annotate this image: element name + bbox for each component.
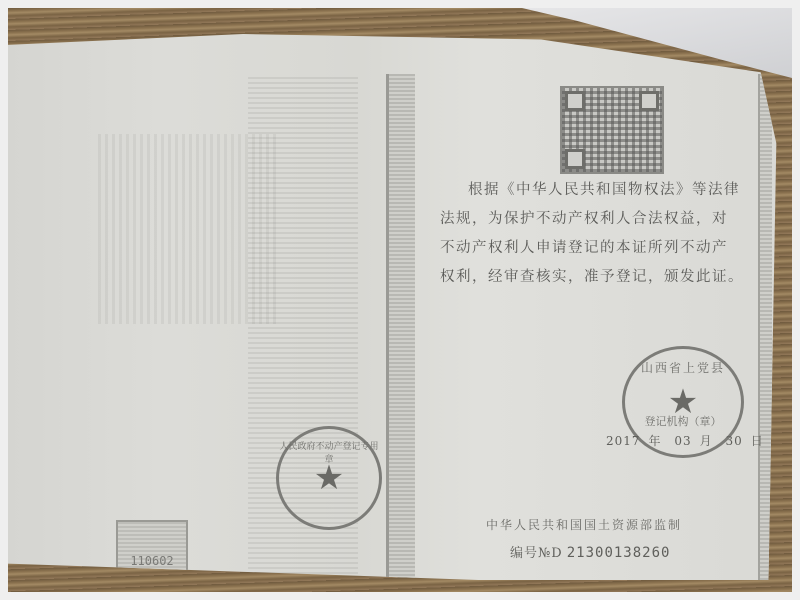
qr-finder-icon [639, 91, 659, 111]
certificate-statement: 根据《中华人民共和国物权法》等法律 法规，为保护不动产权利人合法权益，对 不动产… [440, 176, 780, 292]
supervisor-line: 中华人民共和国国土资源部监制 [486, 516, 682, 533]
serial-number: 编号№D21300138260 [510, 542, 670, 561]
qr-code [560, 86, 664, 174]
photo: 根据《中华人民共和国物权法》等法律 法规，为保护不动产权利人合法权益，对 不动产… [8, 8, 792, 592]
statement-line: 法规，为保护不动产权利人合法权益，对 [440, 205, 780, 234]
serial-label: 编号№D [510, 546, 563, 561]
statement-line: 权利，经审查核实，准予登记，颁发此证。 [440, 263, 780, 292]
issue-date: 2017年 03月 30日 [606, 432, 772, 449]
issue-day: 30 [726, 434, 743, 448]
government-seal: 人民政府不动产登记专用章 ★ [276, 426, 382, 530]
certificate-page: 根据《中华人民共和国物权法》等法律 法规，为保护不动产权利人合法权益，对 不动产… [8, 34, 792, 580]
qr-finder-icon [565, 149, 585, 169]
issue-year-suffix: 年 [649, 434, 662, 448]
seal-arc-text: 山西省上党县 [625, 359, 741, 376]
issue-year: 2017 [606, 434, 641, 448]
statement-line: 根据《中华人民共和国物权法》等法律 [440, 176, 780, 205]
decorative-border-left [386, 74, 415, 584]
issue-month-suffix: 月 [700, 434, 713, 448]
left-stamp-box: 110602 [116, 520, 188, 574]
qr-finder-icon [565, 91, 585, 111]
star-icon: ★ [314, 458, 344, 498]
decorative-border-right [758, 74, 772, 584]
serial-value: 21300138260 [567, 545, 671, 561]
issue-month: 03 [674, 434, 691, 448]
issue-day-suffix: 日 [751, 434, 764, 448]
statement-line: 不动产权利人申请登记的本证所列不动产 [440, 234, 780, 263]
seal-inner-text: 登记机构（章） [625, 413, 741, 429]
left-stamp-text: 110602 [118, 554, 186, 568]
